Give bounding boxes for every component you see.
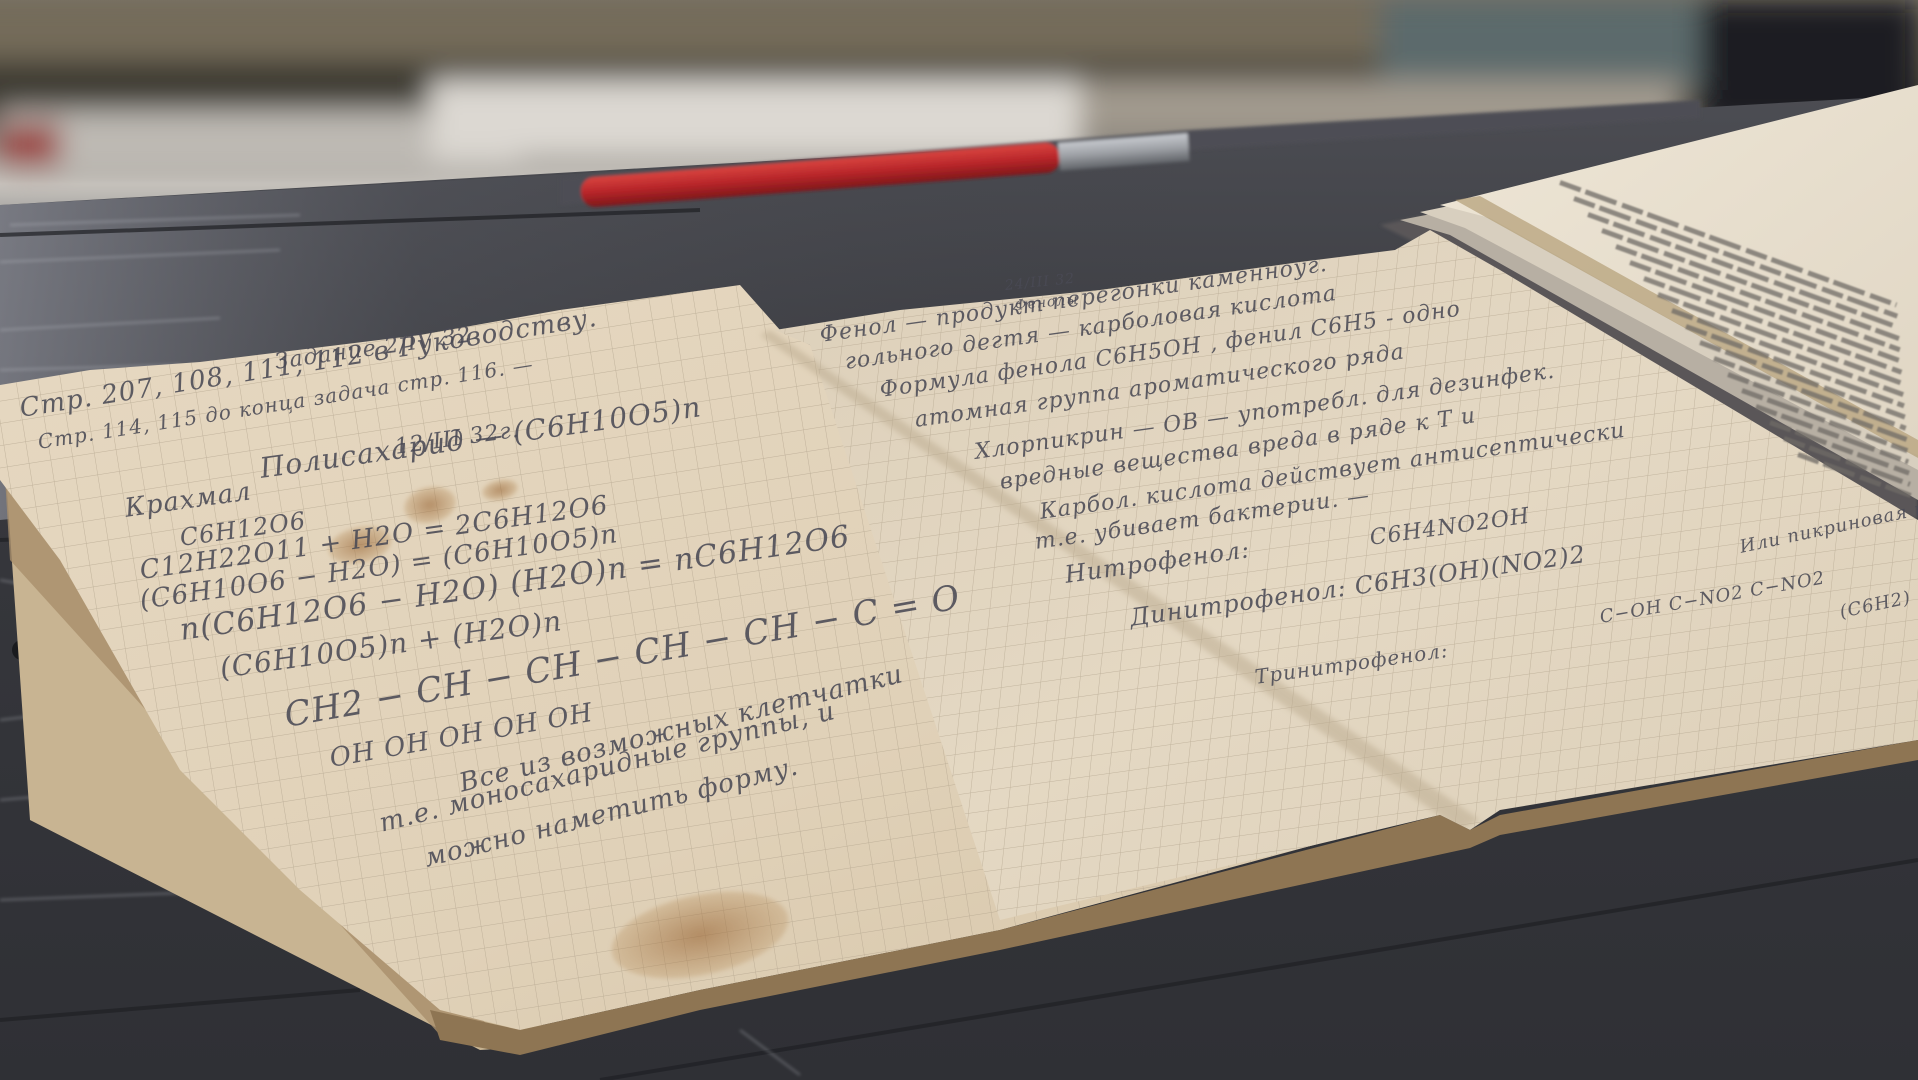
- photo-scene: Задание 2/IV 32Стр. 207, 108, 111, 112 в…: [0, 0, 1918, 1080]
